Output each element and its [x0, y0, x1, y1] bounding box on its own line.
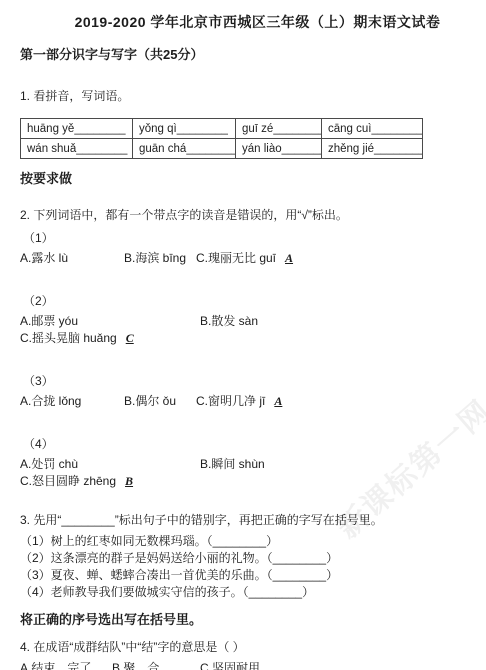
- pinyin-cell: yán liào________: [236, 139, 322, 159]
- instruction-note-2: 将正确的序号选出写在括号里。: [20, 609, 465, 628]
- question-3-label: 3. 先用“________”标出句子中的错别字，再把正确的字写在括号里。: [20, 513, 465, 528]
- answer-mark: A: [274, 394, 282, 409]
- q3-item-3: （3）夏夜、蝉、蟋蟀合凑出一首优美的乐曲。（________）: [20, 567, 465, 584]
- q2-group-2-options-ab: A.邮票 yóuB.散发 sàn: [20, 314, 465, 329]
- option-c: C.瑰丽无比 guī: [196, 251, 276, 266]
- option-c: C.坚固耐用: [200, 661, 260, 670]
- section-header: 第一部分识字与写字（共25分）: [20, 44, 465, 63]
- pinyin-cell: wán shuǎ________: [21, 139, 133, 159]
- q2-group-4-number: （4）: [20, 437, 465, 452]
- table-row: huāng yě________ yǒng qì________ guī zé_…: [21, 119, 423, 139]
- pinyin-cell: huāng yě________: [21, 119, 133, 139]
- question-1-label: 1. 看拼音，写词语。: [20, 89, 465, 104]
- question-4-options: A.结束，完了B.聚，合C.坚固耐用: [20, 661, 465, 670]
- option-b: B.聚，合: [112, 661, 200, 670]
- option-b: B.瞬间 shùn: [200, 457, 265, 472]
- option-a: A.邮票 yóu: [20, 314, 200, 329]
- option-c: C.窗明几净 jī: [196, 394, 265, 409]
- question-2-label: 2. 下列词语中，都有一个带点字的读音是错误的，用“√”标出。: [20, 208, 465, 223]
- q2-group-1-number: （1）: [20, 231, 465, 246]
- option-b: B.海滨 bīng: [124, 251, 196, 266]
- pinyin-cell: cāng cuì________: [322, 119, 423, 139]
- pinyin-word-table: huāng yě________ yǒng qì________ guī zé_…: [20, 118, 423, 159]
- q2-group-3-number: （3）: [20, 374, 465, 389]
- q2-group-2-option-c: C.摇头晃脑 huǎngC: [20, 331, 465, 346]
- q3-item-2: （2）这条漂亮的群子是妈妈送给小丽的礼物。（________）: [20, 550, 465, 567]
- option-a: A.处罚 chù: [20, 457, 200, 472]
- question-4-label: 4. 在成语“成群结队”中“结”字的意思是（ ）: [20, 640, 465, 655]
- table-row: wán shuǎ________ guān chá________ yán li…: [21, 139, 423, 159]
- q2-group-2-number: （2）: [20, 294, 465, 309]
- q2-group-4-option-c: C.怒目圆睁 zhēngB: [20, 474, 465, 489]
- q3-item-4: （4）老师教导我们要做城实守信的孩子。（________）: [20, 584, 465, 601]
- option-c: C.摇头晃脑 huǎng: [20, 331, 117, 346]
- option-a: A.合拢 lǒng: [20, 394, 124, 409]
- q2-group-4-options-ab: A.处罚 chùB.瞬间 shùn: [20, 457, 465, 472]
- answer-mark: A: [285, 251, 293, 266]
- option-b: B.散发 sàn: [200, 314, 258, 329]
- answer-mark: B: [125, 474, 133, 489]
- pinyin-cell: guī zé________: [236, 119, 322, 139]
- page-title: 2019-2020 学年北京市西城区三年级（上）期末语文试卷: [20, 12, 465, 32]
- q2-group-1-options: A.露水 lùB.海滨 bīngC.瑰丽无比 guīA: [20, 251, 465, 266]
- option-a: A.结束，完了: [20, 661, 112, 670]
- exam-paper: 2019-2020 学年北京市西城区三年级（上）期末语文试卷 第一部分识字与写字…: [0, 0, 486, 670]
- pinyin-cell: zhěng jié________: [322, 139, 423, 159]
- option-b: B.偶尔 ǒu: [124, 394, 196, 409]
- q2-group-3-options: A.合拢 lǒngB.偶尔 ǒuC.窗明几净 jīA: [20, 394, 465, 409]
- q3-item-1: （1）树上的红枣如同无数棵玛瑙。（________）: [20, 533, 465, 550]
- option-a: A.露水 lù: [20, 251, 124, 266]
- instruction-note-1: 按要求做: [20, 168, 465, 187]
- pinyin-cell: yǒng qì________: [133, 119, 236, 139]
- pinyin-cell: guān chá________: [133, 139, 236, 159]
- answer-mark: C: [126, 331, 134, 346]
- option-c: C.怒目圆睁 zhēng: [20, 474, 116, 489]
- question-3-items: （1）树上的红枣如同无数棵玛瑙。（________） （2）这条漂亮的群子是妈妈…: [20, 533, 465, 601]
